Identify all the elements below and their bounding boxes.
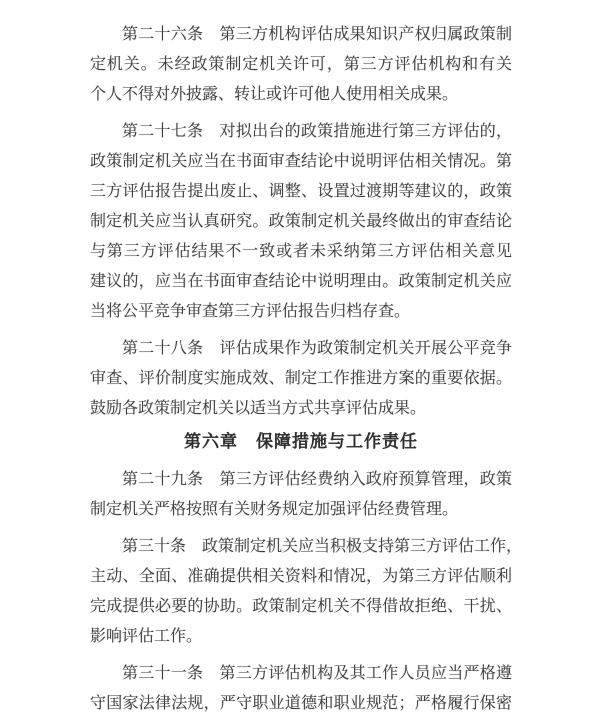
document-text-line: 第二十六条 第三方机构评估成果知识产权归属政策制 xyxy=(90,19,512,49)
document-text-line: 个人不得对外披露、转让或许可他人使用相关成果。 xyxy=(90,79,512,109)
document-text-line: 政策制定机关应当在书面审查结论中说明评估相关情况。第 xyxy=(90,146,512,176)
document-text-line: 第二十九条 第三方评估经费纳入政府预算管理，政策 xyxy=(90,464,512,494)
document-text-line: 第三十一条 第三方评估机构及其工作人员应当严格遵 xyxy=(90,658,512,688)
document-text-line: 第二十七条 对拟出台的政策措施进行第三方评估的， xyxy=(90,116,512,146)
document-text-line: 完成提供必要的协助。政策制定机关不得借故拒绝、干扰、 xyxy=(90,591,512,621)
document-page: 第二十六条 第三方机构评估成果知识产权归属政策制定机关。未经政策制定机关许可，第… xyxy=(0,0,600,714)
document-text-line: 影响评估工作。 xyxy=(90,621,512,651)
document-text-line: 第二十八条 评估成果作为政策制定机关开展公平竞争 xyxy=(90,333,512,363)
document-text-column: 第二十六条 第三方机构评估成果知识产权归属政策制定机关。未经政策制定机关许可，第… xyxy=(0,0,600,714)
document-text-line: 三方评估报告提出废止、调整、设置过渡期等建议的，政策 xyxy=(90,176,512,206)
document-text-line: 守国家法律法规，严守职业道德和职业规范；严格履行保密 xyxy=(90,688,512,714)
document-text-line: 制定机关应当认真研究。政策制定机关最终做出的审查结论 xyxy=(90,206,512,236)
document-text-line: 定机关。未经政策制定机关许可，第三方评估机构和有关 xyxy=(90,49,512,79)
chapter-heading: 第六章 保障措施与工作责任 xyxy=(90,427,512,457)
document-text-line: 与第三方评估结果不一致或者未采纳第三方评估相关意见 xyxy=(90,236,512,266)
document-text-line: 当将公平竞争审查第三方评估报告归档存查。 xyxy=(90,296,512,326)
document-text-line: 制定机关严格按照有关财务规定加强评估经费管理。 xyxy=(90,494,512,524)
document-text-line: 第三十条 政策制定机关应当积极支持第三方评估工作， xyxy=(90,531,512,561)
document-text-line: 审查、评价制度实施成效、制定工作推进方案的重要依据。 xyxy=(90,363,512,393)
document-text-line: 鼓励各政策制定机关以适当方式共享评估成果。 xyxy=(90,393,512,423)
document-text-line: 主动、全面、准确提供相关资料和情况，为第三方评估顺利 xyxy=(90,561,512,591)
document-text-line: 建议的，应当在书面审查结论中说明理由。政策制定机关应 xyxy=(90,266,512,296)
